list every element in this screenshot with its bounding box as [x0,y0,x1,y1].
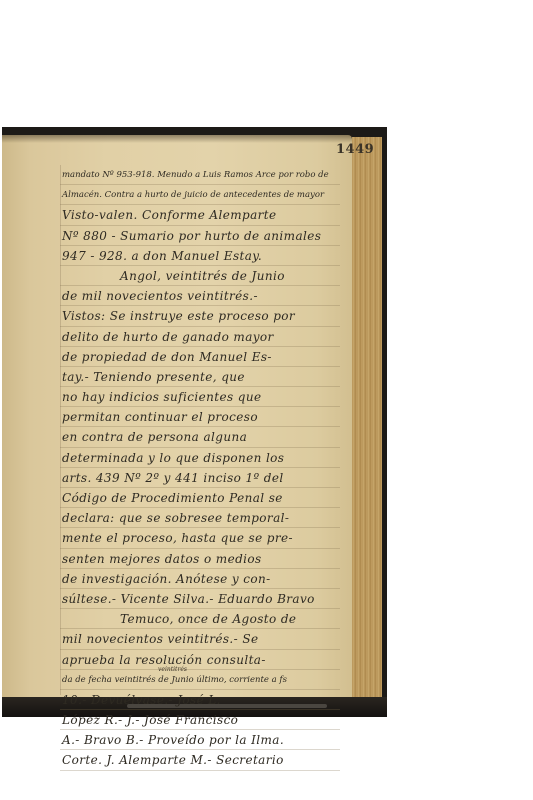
text-line: Temuco, once de Agosto de [60,609,340,629]
text-line: Almacén. Contra a hurto de juicio de ant… [60,185,340,205]
text-line: Corte. J. Alemparte M.- Secretario [60,750,340,770]
page-edges [352,137,382,702]
text-line: de investigación. Anótese y con- [60,569,340,589]
text-line: aprueba la resolución consulta- [60,650,340,670]
text-line: Visto-valen. Conforme Alemparte [60,205,340,225]
text-line: mandato Nº 953-918. Menudo a Luis Ramos … [60,165,340,185]
text-line: de mil novecientos veintitrés.- [60,286,340,306]
text-line: arts. 439 Nº 2º y 441 inciso 1º del [60,468,340,488]
text-line: mil novecientos veintitrés.- Se [60,629,340,649]
text-line: 947 - 928. a don Manuel Estay. [60,246,340,266]
text-line: senten mejores datos o medios [60,549,340,569]
text-line: determinada y lo que disponen los [60,448,340,468]
text-line: 10.- Devuélvase.- José L. [60,690,340,710]
text-line: Código de Procedimiento Penal se [60,488,340,508]
interlinear-note: veintitrés [158,666,187,673]
handwritten-text: mandato Nº 953-918. Menudo a Luis Ramos … [60,165,340,771]
text-line: tay.- Teniendo presente, que [60,367,340,387]
text-line: da de fecha veintitrés de Junio último, … [60,670,340,690]
text-line: López R.- J.- José Francisco [60,710,340,730]
text-line: no hay indicios suficientes que [60,387,340,407]
text-line: de propiedad de don Manuel Es- [60,347,340,367]
text-line: Nº 880 - Sumario por hurto de animales [60,226,340,246]
page-top-shadow [2,135,352,143]
text-line: permitan continuar el proceso [60,407,340,427]
text-line: Angol, veintitrés de Junio [60,266,340,286]
text-line: mente el proceso, hasta que se pre- [60,528,340,548]
text-line: súltese.- Vicente Silva.- Eduardo Bravo [60,589,340,609]
text-line: declara: que se sobresee temporal- [60,508,340,528]
text-line: A.- Bravo B.- Proveído por la Ilma. [60,730,340,750]
text-line: Vistos: Se instruye este proceso por [60,306,340,326]
text-line: delito de hurto de ganado mayor [60,327,340,347]
page-number: 1449 [336,142,386,157]
text-line: en contra de persona alguna [60,427,340,447]
